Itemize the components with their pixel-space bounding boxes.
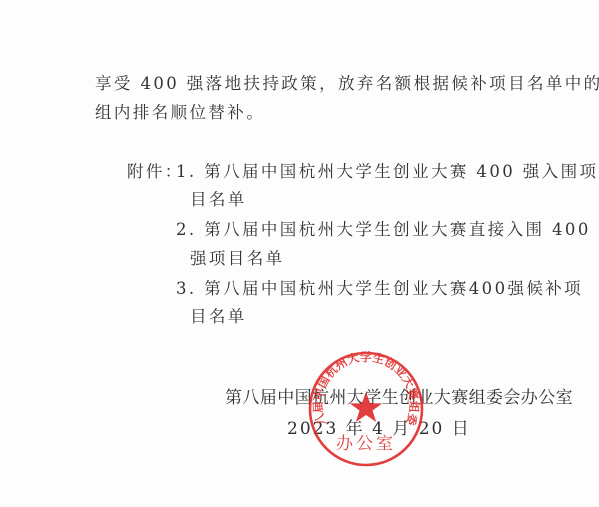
attachment-item-1-continuation: 目名单 bbox=[190, 190, 247, 210]
attachment-item-2-continuation: 强项目名单 bbox=[190, 249, 285, 269]
body-text-line: 组内排名顺位替补。 bbox=[95, 103, 265, 123]
signature-organization: 第八届中国杭州大学生创业大赛组委会办公室 bbox=[225, 388, 573, 408]
attachment-item-2: 2. 第八届中国杭州大学生创业大赛直接入围 400 bbox=[176, 220, 591, 240]
signature-date: 2023 年 4 月 20 日 bbox=[287, 419, 471, 439]
document-page: 享受 400 强落地扶持政策，放弃名额根据候补项目名单中的 组内排名顺位替补。 … bbox=[0, 0, 599, 507]
official-seal: 第八届中国杭州大学生创业大赛组委会 办公室 bbox=[306, 349, 426, 469]
attachment-item-3-continuation: 目名单 bbox=[190, 307, 247, 327]
attachment-item-1: 1. 第八届中国杭州大学生创业大赛 400 强入围项 bbox=[176, 162, 598, 182]
body-text-line: 享受 400 强落地扶持政策，放弃名额根据候补项目名单中的 bbox=[95, 74, 599, 94]
attachment-item-3: 3. 第八届中国杭州大学生创业大赛400强候补项 bbox=[176, 279, 583, 299]
